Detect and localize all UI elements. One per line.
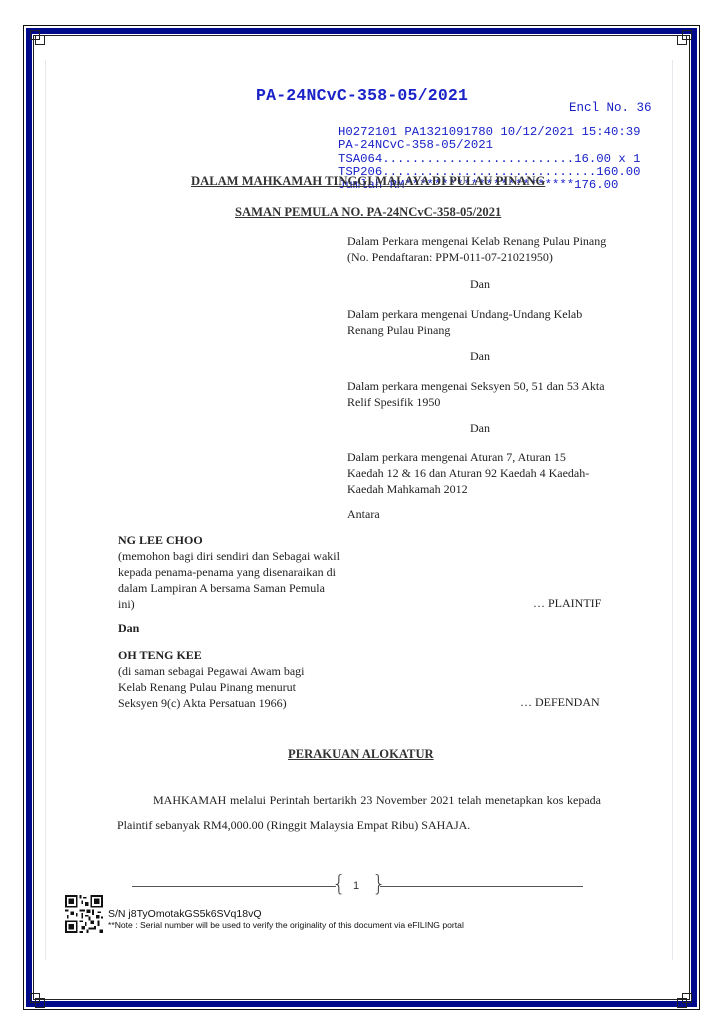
plaintiff-role: … PLAINTIF <box>533 596 601 611</box>
right-brace-icon: } <box>372 873 386 897</box>
body-paragraph: MAHKAMAH melalui Perintah bertarikh 23 N… <box>117 788 601 838</box>
border-corner-ornament <box>677 998 687 1008</box>
matter-paragraph: Dalam perkara mengenai Undang-Undang Kel… <box>347 306 612 338</box>
receipt-line: PA-24NCvC-358-05/2021 <box>338 139 641 152</box>
plaintiff-description: (memohon bagi diri sendiri dan Sebagai w… <box>118 548 343 612</box>
defendant-name: OH TENG KEE <box>118 647 358 663</box>
matter-paragraph: Dalam perkara mengenai Seksyen 50, 51 da… <box>347 378 612 410</box>
border-corner-ornament <box>35 35 45 45</box>
stamp-case-number: PA-24NCvC-358-05/2021 <box>256 86 468 105</box>
party-connector: Dan <box>118 621 139 636</box>
page-number: 1 <box>353 880 359 892</box>
matter-connector: Dan <box>470 349 490 364</box>
defendant-description: (di saman sebagai Pegawai Awam bagi Kela… <box>118 663 333 711</box>
receipt-line: TSA064..........................16.00 x … <box>338 153 641 166</box>
left-brace-icon: { <box>332 873 346 897</box>
plaintiff-name: NG LEE CHOO <box>118 532 358 548</box>
footer-rule-left <box>132 886 336 887</box>
page-number-badge: { 1 } <box>332 873 382 899</box>
matter-connector: Dan <box>470 421 490 436</box>
verification-note: **Note : Serial number will be used to v… <box>108 920 464 930</box>
defendant-block: OH TENG KEE (di saman sebagai Pegawai Aw… <box>118 647 358 711</box>
border-corner-ornament <box>35 998 45 1008</box>
receipt-line: H0272101 PA1321091780 10/12/2021 15:40:3… <box>338 126 641 139</box>
summons-title: SAMAN PEMULA NO. PA-24NCvC-358-05/2021 <box>235 205 501 220</box>
matter-connector: Dan <box>470 277 490 292</box>
serial-number: S/N j8TyOmotakGS5k6SVq18vQ <box>108 908 261 920</box>
footer-rule-right <box>380 886 583 887</box>
border-corner-ornament <box>677 35 687 45</box>
stamp-enclosure-number: Encl No. 36 <box>569 101 652 115</box>
body-text: MAHKAMAH melalui Perintah bertarikh 23 N… <box>117 793 601 832</box>
defendant-role: … DEFENDAN <box>520 695 600 710</box>
matter-paragraph: Dalam perkara mengenai Aturan 7, Aturan … <box>347 449 602 497</box>
section-title: PERAKUAN ALOKATUR <box>288 747 434 762</box>
between-label: Antara <box>347 507 380 522</box>
plaintiff-block: NG LEE CHOO (memohon bagi diri sendiri d… <box>118 532 358 612</box>
matter-paragraph: Dalam Perkara mengenai Kelab Renang Pula… <box>347 233 612 265</box>
qr-code-icon <box>65 895 103 933</box>
court-title: DALAM MAHKAMAH TINGGI MALAYA DI PULAU PI… <box>191 174 545 189</box>
